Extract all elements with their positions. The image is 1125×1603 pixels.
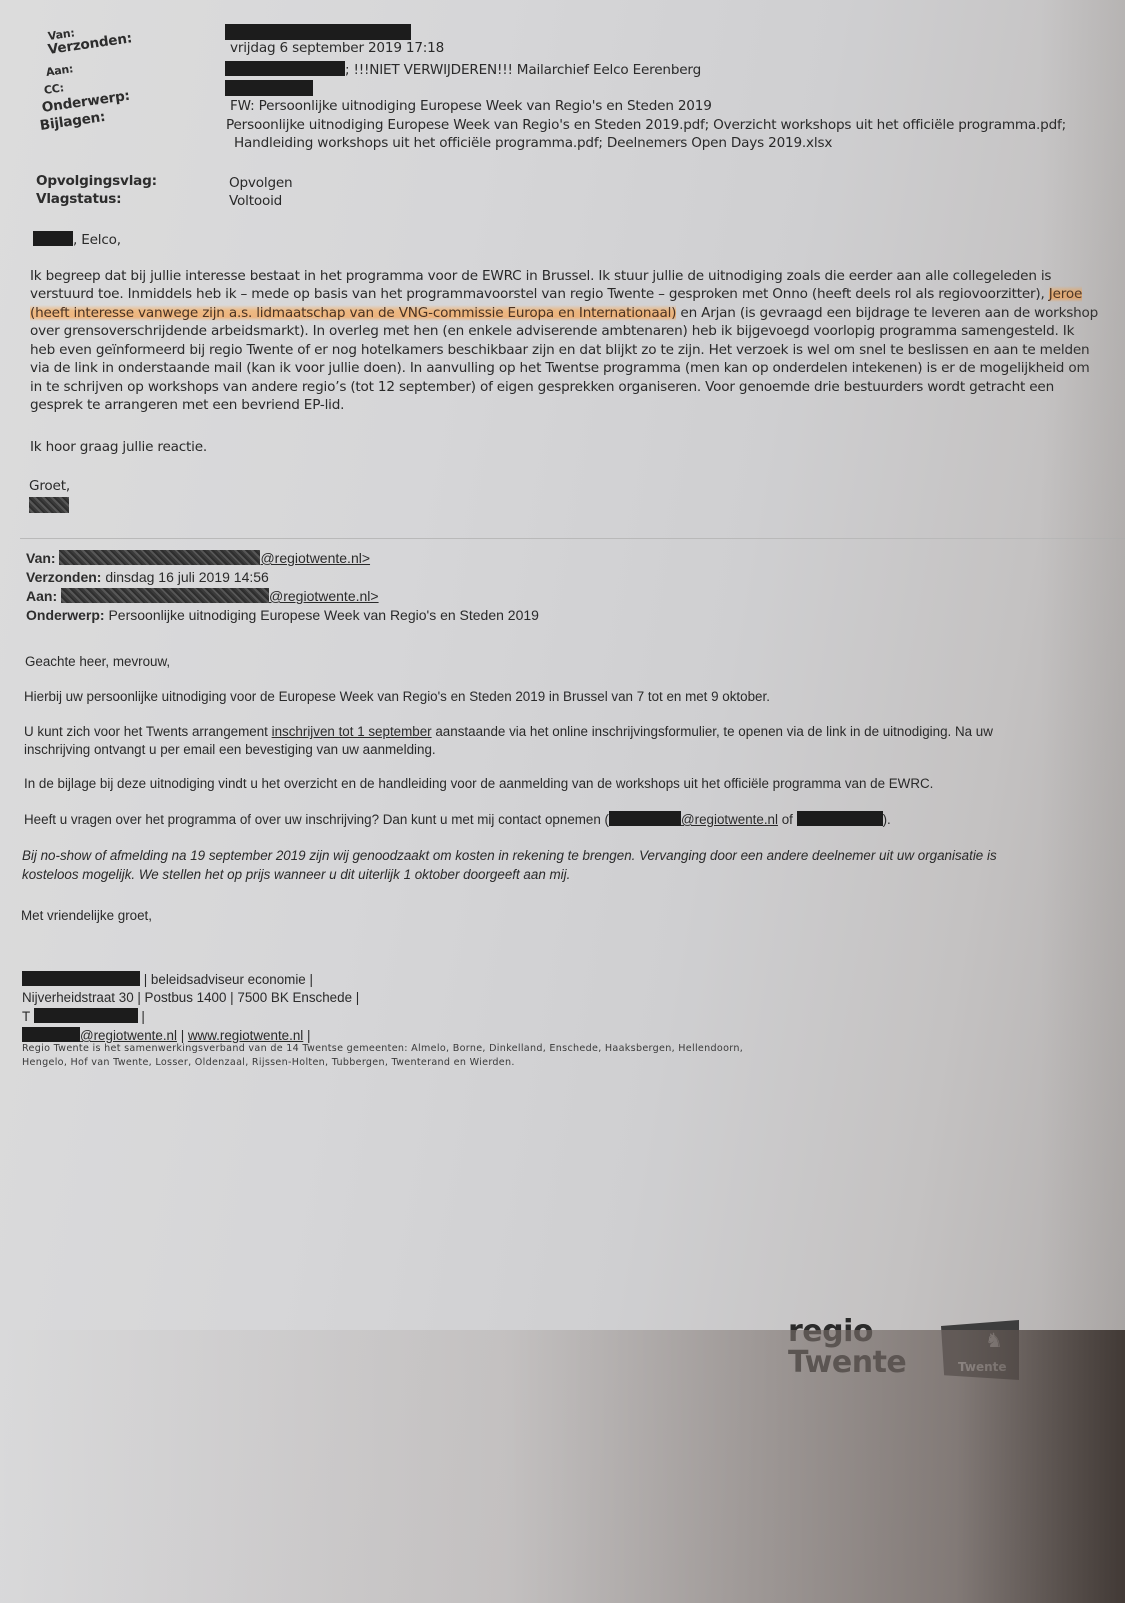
noshow-paragraph: Bij no-show of afmelding na 19 september… — [22, 848, 997, 863]
signature-contact: @regiotwente.nl | www.regiotwente.nl | — [22, 1027, 310, 1043]
phone-label: T — [22, 1009, 34, 1024]
salutation: Geachte heer, mevrouw, — [25, 654, 170, 669]
label-original-onderwerp: Onderwerp: — [26, 607, 105, 623]
scanned-letter: Van: Verzonden: Aan: CC: Onderwerp: Bijl… — [0, 0, 1125, 1603]
sign-off: Groet, — [29, 478, 70, 494]
body-line: heb even geïnformeerd bij regio Twente o… — [30, 342, 1089, 358]
signature-address: Nijverheidstraat 30 | Postbus 1400 | 750… — [22, 990, 359, 1005]
redacted-phone-number — [34, 1008, 138, 1023]
redacted-recipient — [225, 61, 345, 76]
label-aan: Aan: — [45, 62, 74, 79]
redacted-to — [61, 588, 269, 603]
body-line: verstuurd toe. Inmiddels heb ik – mede o… — [30, 286, 1082, 302]
text: ). — [883, 812, 891, 827]
original-sent-date: dinsdag 16 juli 2019 14:56 — [105, 569, 268, 585]
original-sent: Verzonden: dinsdag 16 juli 2019 14:56 — [26, 569, 269, 585]
signature-phone: T | — [22, 1008, 145, 1024]
contact-email-link[interactable]: @regiotwente.nl — [681, 812, 778, 827]
body-line: Ik begreep dat bij jullie interesse best… — [30, 268, 1051, 284]
website-link[interactable]: www.regiotwente.nl — [188, 1028, 303, 1043]
signature-role-line: | beleidsadviseur economie | — [22, 971, 313, 987]
recipient-archive: ; !!!NIET VERWIJDEREN!!! Mailarchief Eel… — [345, 62, 701, 78]
text: Heeft u vragen over het programma of ove… — [24, 812, 609, 827]
signature-role: | beleidsadviseur economie | — [140, 972, 313, 987]
text: | — [138, 1009, 145, 1024]
flag-status: Voltooid — [229, 193, 282, 209]
forward-subject: FW: Persoonlijke uitnodiging Europese We… — [230, 98, 712, 114]
body-line: in te schrijven op workshops van andere … — [30, 379, 1054, 395]
body-text: verstuurd toe. Inmiddels heb ik – mede o… — [30, 286, 1049, 302]
label-original-verzonden: Verzonden: — [26, 569, 101, 585]
body-line: (heeft interesse vanwege zijn a.s. lidma… — [30, 305, 1098, 321]
footer-municipalities-1: Regio Twente is het samenwerkingsverband… — [22, 1043, 743, 1054]
label-cc: CC: — [43, 81, 65, 97]
label-vlagstatus: Vlagstatus: — [36, 191, 121, 207]
original-from: Van: @regiotwente.nl> — [26, 550, 370, 566]
follow-up-flag: Opvolgen — [229, 175, 292, 191]
label-original-aan: Aan: — [26, 588, 57, 604]
redacted-sender — [225, 24, 411, 40]
contact-paragraph: Heeft u vragen over het programma of ove… — [24, 811, 891, 827]
redacted-phone — [797, 811, 883, 826]
redacted-cc — [225, 80, 313, 96]
attachments-line1[interactable]: Persoonlijke uitnodiging Europese Week v… — [226, 117, 1066, 133]
body-line: over grensoverschrijdende arbeidsmarkt).… — [30, 323, 1074, 339]
highlighted-text: (heeft interesse vanwege zijn a.s. lidma… — [30, 305, 676, 321]
greeting-name: , Eelco, — [73, 232, 121, 248]
text: U kunt zich voor het Twents arrangement — [24, 724, 272, 739]
redacted-name — [22, 971, 140, 986]
attachment-paragraph: In de bijlage bij deze uitnodiging vindt… — [24, 776, 933, 791]
paper-shadow-bottom — [0, 1330, 1125, 1603]
closing-question: Ik hoor graag jullie reactie. — [30, 439, 207, 455]
text: | — [177, 1028, 188, 1043]
label-opvolgingsvlag: Opvolgingsvlag: — [36, 173, 157, 189]
signature-email-link[interactable]: @regiotwente.nl — [80, 1028, 177, 1043]
redacted-signature — [29, 497, 69, 513]
redacted-salutation — [33, 231, 73, 246]
from-email-domain[interactable]: @regiotwente.nl> — [260, 550, 370, 566]
redacted-from — [59, 550, 260, 565]
divider — [20, 538, 1125, 539]
to-email-domain[interactable]: @regiotwente.nl> — [269, 588, 379, 604]
forward-recipients: ; !!!NIET VERWIJDEREN!!! Mailarchief Eel… — [225, 61, 701, 78]
closing: Met vriendelijke groet, — [21, 908, 152, 923]
redacted-email — [609, 811, 681, 826]
invite-paragraph: Hierbij uw persoonlijke uitnodiging voor… — [24, 689, 770, 704]
label-original-van: Van: — [26, 550, 56, 566]
footer-municipalities-2: Hengelo, Hof van Twente, Losser, Oldenza… — [22, 1057, 515, 1068]
text: aanstaande via het online inschrijvingsf… — [432, 724, 993, 739]
redacted-email-user — [22, 1027, 80, 1042]
registration-deadline: inschrijven tot 1 september — [272, 724, 432, 739]
original-subject-text: Persoonlijke uitnodiging Europese Week v… — [108, 607, 538, 623]
attachments-line2[interactable]: Handleiding workshops uit het officiële … — [234, 135, 832, 151]
greeting: , Eelco, — [33, 231, 121, 248]
body-text: en Arjan (is gevraagd een bijdrage te le… — [676, 305, 1098, 321]
registration-paragraph: U kunt zich voor het Twents arrangement … — [24, 724, 993, 739]
original-to: Aan: @regiotwente.nl> — [26, 588, 379, 604]
text: of — [778, 812, 797, 827]
body-line: gesprek te arrangeren met een bevriend E… — [30, 397, 344, 413]
text: | — [303, 1028, 310, 1043]
registration-paragraph-2: inschrijving ontvangt u per email een be… — [24, 742, 436, 757]
original-subject: Onderwerp: Persoonlijke uitnodiging Euro… — [26, 607, 539, 623]
body-line: via de link in onderstaande mail (kan ik… — [30, 360, 1090, 376]
noshow-paragraph-2: kosteloos mogelijk. We stellen het op pr… — [22, 867, 570, 882]
forward-sent-date: vrijdag 6 september 2019 17:18 — [230, 40, 444, 56]
